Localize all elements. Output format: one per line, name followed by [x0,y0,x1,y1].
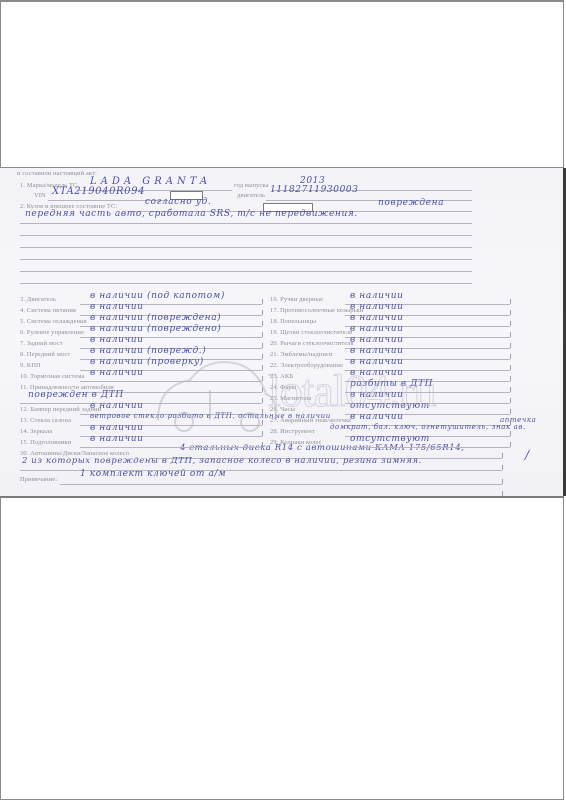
left-item-label: 3. Двигатель [20,296,56,303]
left-item-label: 9. КПП [20,362,41,369]
body-value-1b: повреждена [378,198,444,208]
right-item-label: 26. Часы [270,406,295,413]
left-item-value: в наличии (проверку) [90,357,204,367]
wheels-value-1: 4 стальных диска R14 с автошинами КАМА 1… [180,443,465,453]
right-item-value: домкрат, бал. ключ, огнетушитель, знак а… [330,423,526,431]
row-end-tick [510,332,511,337]
row-end-tick [262,354,263,359]
right-item-label: 22. Электрооборудование [270,362,343,369]
row-end-tick [510,365,511,370]
vin-label: VIN [34,192,46,199]
left-item-label: 7. Задний мост [20,340,63,347]
row-end-tick [510,354,511,359]
row-end-tick [510,431,511,436]
right-item-label: 25. Магнитола [270,395,311,402]
row-end-tick [262,332,263,337]
right-item-value: в наличии [350,291,404,301]
left-item-label: 5. Система охлаждения [20,318,87,325]
left-item-label: 10. Тормозная система [20,373,85,380]
right-item-value: в наличии [350,346,404,356]
right-item-value: в наличии [350,302,404,312]
right-item-value: разбиты в ДТП [350,379,433,389]
blank-page-area-top [0,0,564,168]
row-end-tick [510,321,511,326]
right-item-value: в наличии [350,335,404,345]
row-end-tick [510,310,511,315]
right-item-label: 20. Рычаги стеклоочистителя [270,340,354,347]
right-item-value: отсутствуют [350,401,430,411]
right-item-value: в наличии [350,368,404,378]
right-item-label: 28. Инструмент [270,428,315,435]
wheels-value-2: 2 из которых повреждены в ДТП, запасное … [22,456,422,466]
row-end-tick [510,398,511,403]
row-end-tick [510,387,511,392]
row-end-tick [262,343,263,348]
row-end-tick [262,420,263,425]
left-item-label: 13. Стекла салона [20,417,71,424]
right-item-label: 23. АКБ [270,373,293,380]
vin-value: XTA219040R094 [52,186,145,197]
left-item-value: в наличии [90,368,144,378]
row-end-tick [262,387,263,392]
row-end-tick [262,365,263,370]
left-item-label: 6. Рулевое управление [20,329,84,336]
left-item-label: 8. Передний мост [20,351,70,358]
row-end-tick [510,343,511,348]
body-value-1: согласно уд. [145,197,211,207]
row-end-tick [510,442,511,447]
note-value: 1 комплект ключей от а/м [80,469,226,479]
left-item-label: 15. Подголовники [20,439,71,446]
right-item-label: 16. Ручки дверные [270,296,323,303]
right-item-value: в наличии [350,412,404,422]
year-label: год выпуска [234,182,269,189]
left-item-value: в наличии (повреждена) [90,313,221,323]
left-item-line [80,381,262,382]
left-item-value: поврежден в ДТП [28,390,124,400]
row-end-tick [510,376,511,381]
right-item-value: в наличии [350,324,404,334]
right-item-value: в наличии [350,313,404,323]
blank-page-area-bottom [0,496,564,800]
left-item-value: в наличии (повреждено) [90,324,221,334]
right-item-label: 24. Фары [270,384,296,391]
row-end-tick [510,409,511,414]
form-intro: и составили настоящий акт: [17,170,97,177]
right-item-line [345,447,510,448]
row-end-tick [262,299,263,304]
left-item-value: в наличии [90,335,144,345]
right-item-value: отсутствуют [350,434,430,444]
left-item-value: в наличии (поврежд.) [90,346,206,356]
row-end-tick [262,310,263,315]
left-item-line [80,447,262,448]
engine-label: двигатель [237,192,265,199]
row-end-tick [262,398,263,403]
left-item-value: в наличии (под капотом) [90,291,225,301]
body-value-2: передняя часть авто, сработала SRS, т/с … [25,209,358,219]
row-end-tick [262,442,263,447]
note-label: Примечание: [20,476,57,483]
row-end-tick [262,431,263,436]
row-end-tick [262,376,263,381]
left-item-value: в наличии [90,401,144,411]
right-item-label: 21. Эмблемы/надписи [270,351,333,358]
right-item-value: в наличии [350,357,404,367]
scanned-inspection-form: и составили настоящий акт: 1. Марка/моде… [0,168,566,496]
right-item-value: в наличии [350,390,404,400]
engine-value: 11182711930003 [270,185,359,195]
left-item-value: в наличии [90,434,144,444]
right-item-label: 18. Пепельницы [270,318,316,325]
left-item-value: в наличии [90,302,144,312]
right-item-label: 29. Колпаки колес [270,439,322,446]
left-item-label: 4. Система питания [20,307,76,314]
left-item-label: 14. Зеркала [20,428,52,435]
row-end-tick [510,299,511,304]
right-item-label: 19. Щетки стеклоочистителя [270,329,352,336]
left-item-value: в наличии [90,423,144,433]
right-item-value-extra: аптечка [500,416,536,424]
row-end-tick [262,321,263,326]
margin-mark: / [525,448,530,462]
